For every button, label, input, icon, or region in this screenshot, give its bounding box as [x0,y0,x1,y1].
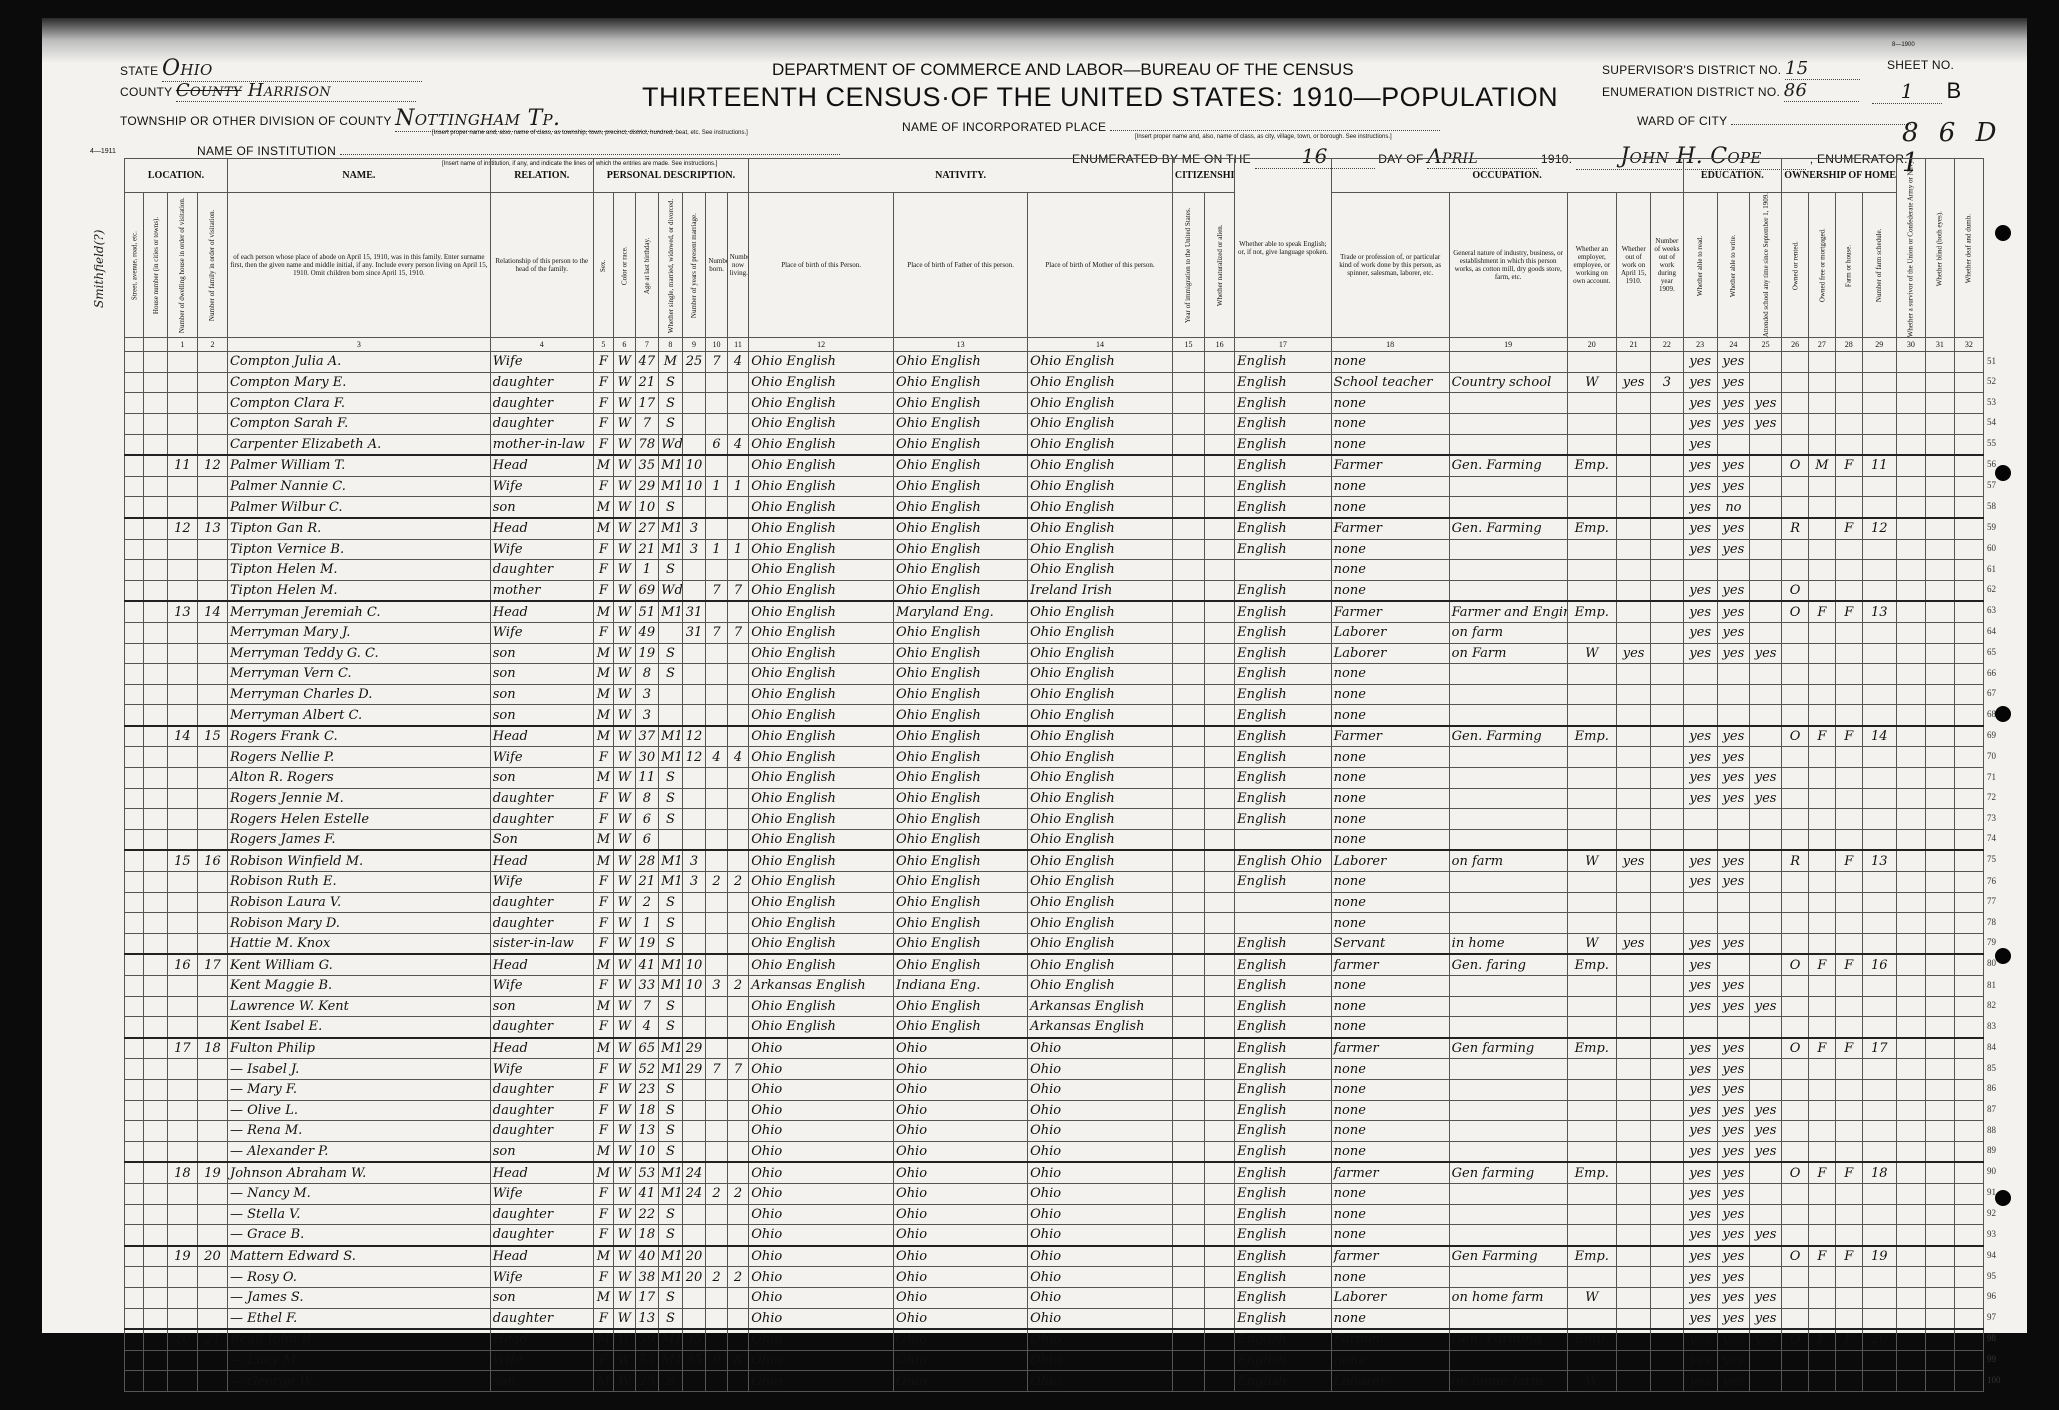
table-row: Rogers Helen EstelledaughterFW6SOhio Eng… [125,809,1984,830]
line-number: 88 [1987,1125,2017,1135]
cell-15 [1172,476,1204,497]
cell-farm [1835,1225,1862,1246]
cell-oow [1616,539,1650,560]
cell-lang: English [1235,1183,1332,1204]
cell-lang: English [1235,352,1332,373]
cell-dw [167,539,197,560]
cell-own: O [1782,455,1809,476]
cell-fpob: Ohio [894,1121,1028,1142]
cell-16 [1205,850,1235,871]
cell-mpob: Ohio [1028,1162,1173,1183]
cell-h [144,601,168,622]
cell-30 [1896,850,1925,871]
cell-31 [1925,434,1954,455]
cell-age: 2 [635,892,659,913]
cell-yrs [682,933,706,954]
cell-born [706,684,727,705]
cell-32 [1954,539,1983,560]
cell-sched [1862,1100,1896,1121]
cell-sched [1862,539,1896,560]
cell-farm: F [1835,954,1862,975]
cell-15 [1172,393,1204,414]
cell-yrs [682,393,706,414]
line-number: 65 [1987,647,2017,657]
col-18-header: Trade or profession of, or particular ki… [1331,193,1449,338]
cell-yrs: 3 [682,872,706,893]
cell-16 [1205,892,1235,913]
cell-lang: English [1235,705,1332,726]
cell-mpob: Ohio [1028,1287,1173,1308]
group-personal: PERSONAL DESCRIPTION. [593,159,749,193]
cell-15 [1172,622,1204,643]
cell-own [1782,768,1809,789]
cell-age: 22 [635,1204,659,1225]
cell-wks [1651,933,1683,954]
table-row: — Ethel F.daughterFW13SOhioOhioOhioEngli… [125,1308,1984,1329]
cell-31 [1925,809,1954,830]
column-number: 30 [1896,338,1925,352]
cell-pob: Ohio [749,1038,894,1059]
table-row: Compton Clara F.daughterFW17SOhio Englis… [125,393,1984,414]
cell-fam [197,1308,227,1329]
cell-30 [1896,747,1925,768]
cell-oow [1616,413,1650,434]
cell-sched [1862,560,1896,581]
column-number-row: 1234567891011121314151617181920212223242… [125,338,1984,352]
cell-sched [1862,1204,1896,1225]
cell-name: Robison Ruth E. [227,872,490,893]
cell-ind: on farm [1449,622,1567,643]
cell-lang: English [1235,393,1332,414]
cell-race: W [614,809,635,830]
cell-31 [1925,954,1954,975]
cell-sched [1862,1371,1896,1392]
cell-fam: 17 [197,954,227,975]
cell-wks [1651,850,1683,871]
cell-born [706,643,727,664]
cell-age: 23 [635,1079,659,1100]
cell-race: W [614,580,635,601]
cell-32 [1954,1287,1983,1308]
cell-h [144,996,168,1017]
cell-born [706,1225,727,1246]
line-number: 54 [1987,417,2017,427]
cell-oow [1616,434,1650,455]
cell-living [727,1121,748,1142]
cell-read: yes [1683,1329,1717,1350]
cell-emp [1567,996,1616,1017]
cell-race: W [614,1267,635,1288]
cell-dw [167,1287,197,1308]
cell-own [1782,1059,1809,1080]
cell-own: R [1782,518,1809,539]
cell-trade: none [1331,809,1449,830]
cell-born [706,1329,727,1350]
cell-farm [1835,705,1862,726]
line-number: 98 [1987,1333,2017,1343]
cell-pob: Ohio English [749,768,894,789]
cell-31 [1925,455,1954,476]
cell-born: 6 [706,434,727,455]
cell-h [144,1204,168,1225]
cell-sched [1862,1121,1896,1142]
cell-fpob: Ohio English [894,954,1028,975]
cell-rel: daughter [490,1079,593,1100]
cell-oow [1616,872,1650,893]
cell-16 [1205,1371,1235,1392]
cell-31 [1925,1371,1954,1392]
cell-own [1782,664,1809,685]
cell-yrs [682,372,706,393]
cell-s [125,809,144,830]
cell-farm [1835,643,1862,664]
cell-mpob: Ohio [1028,1371,1173,1392]
cell-mpob: Ohio [1028,1308,1173,1329]
cell-age: 11 [635,768,659,789]
cell-h [144,352,168,373]
cell-age: 41 [635,1183,659,1204]
cell-farm [1835,664,1862,685]
cell-wks [1651,455,1683,476]
cell-dw [167,476,197,497]
cell-own: O [1782,1246,1809,1267]
cell-15 [1172,788,1204,809]
cell-ms: M1 [659,747,683,768]
cell-31 [1925,539,1954,560]
cell-fpob: Ohio English [894,996,1028,1017]
cell-lang: English [1235,747,1332,768]
cell-living: 1 [727,476,748,497]
cell-15 [1172,1204,1204,1225]
cell-own [1782,976,1809,997]
line-number: 93 [1987,1229,2017,1239]
cell-16 [1205,580,1235,601]
cell-sch: yes [1750,1100,1782,1121]
cell-lang: English [1235,518,1332,539]
cell-age: 69 [635,580,659,601]
cell-born [706,933,727,954]
cell-yrs: 29 [682,1038,706,1059]
cell-h [144,1121,168,1142]
cell-31 [1925,1329,1954,1350]
cell-oow: yes [1616,850,1650,871]
cell-sched [1862,1141,1896,1162]
cell-farm [1835,788,1862,809]
cell-sex: M [593,705,613,726]
cell-age: 53 [635,1350,659,1371]
cell-sex: F [593,1350,613,1371]
cell-15 [1172,455,1204,476]
cell-ind [1449,1204,1567,1225]
cell-31 [1925,1350,1954,1371]
cell-mpob: Ohio English [1028,539,1173,560]
cell-trade: farmer [1331,1038,1449,1059]
table-row: — Stella V.daughterFW22SOhioOhioOhioEngl… [125,1204,1984,1225]
state-label: STATE [120,64,158,78]
cell-free [1809,560,1836,581]
cell-lang: English [1235,1246,1332,1267]
cell-ind: Country school [1449,372,1567,393]
cell-race: W [614,1246,635,1267]
table-row: — George W.sonMW25SOhioOhioOhioEnglishLa… [125,1371,1984,1392]
cell-free: F [1809,1246,1836,1267]
cell-sex: F [593,1183,613,1204]
cell-race: W [614,434,635,455]
cell-sex: M [593,996,613,1017]
cell-16 [1205,1038,1235,1059]
cell-free [1809,788,1836,809]
cell-s [125,1162,144,1183]
cell-pob: Ohio [749,1329,894,1350]
line-number: 59 [1987,522,2017,532]
cell-trade: none [1331,476,1449,497]
cell-s [125,705,144,726]
cell-sex: F [593,1267,613,1288]
cell-wks [1651,539,1683,560]
line-number: 99 [1987,1354,2017,1364]
cell-dw [167,580,197,601]
enumeration-district-field: ENUMERATION DISTRICT NO. 86 [1602,80,1859,102]
cell-emp [1567,1308,1616,1329]
cell-32 [1954,1100,1983,1121]
cell-15 [1172,643,1204,664]
cell-trade: Farmer [1331,1329,1449,1350]
cell-wks [1651,601,1683,622]
cell-oow [1616,1162,1650,1183]
cell-30 [1896,1059,1925,1080]
cell-15 [1172,913,1204,934]
cell-h [144,622,168,643]
cell-mpob: Ohio English [1028,560,1173,581]
cell-rel: son [490,705,593,726]
line-number: 97 [1987,1312,2017,1322]
cell-lang: English [1235,1267,1332,1288]
cell-30 [1896,1371,1925,1392]
cell-15 [1172,413,1204,434]
cell-free: F [1809,726,1836,747]
cell-yrs: 20 [682,1246,706,1267]
cell-ind [1449,747,1567,768]
cell-born [706,413,727,434]
cell-s [125,1059,144,1080]
col-22-header: Number of weeks out of work during year … [1651,193,1683,338]
cell-race: W [614,976,635,997]
cell-rel: Wife [490,976,593,997]
cell-yrs: 3 [682,539,706,560]
cell-fam [197,1204,227,1225]
cell-own [1782,684,1809,705]
cell-fpob: Ohio [894,1059,1028,1080]
table-row: 1213Tipton Gan R.HeadMW27M13Ohio English… [125,518,1984,539]
cell-pob: Ohio [749,1162,894,1183]
cell-sex: F [593,372,613,393]
margin-note: Smithfield(?) [92,230,106,308]
cell-sched [1862,872,1896,893]
cell-ind [1449,393,1567,414]
cell-rel: daughter [490,560,593,581]
cell-ind: Gen. Farming [1449,1329,1567,1350]
cell-lang: English [1235,768,1332,789]
col-30-header: Whether a survivor of the Union or Confe… [1896,159,1925,338]
table-row: Robison Mary D.daughterFW1SOhio EnglishO… [125,913,1984,934]
cell-32 [1954,809,1983,830]
cell-31 [1925,1183,1954,1204]
cell-mpob: Ireland Irish [1028,580,1173,601]
cell-31 [1925,726,1954,747]
cell-16 [1205,622,1235,643]
cell-name: Tipton Helen M. [227,580,490,601]
cell-16 [1205,1162,1235,1183]
line-number: 84 [1987,1042,2017,1052]
cell-born: 3 [706,976,727,997]
cell-dw [167,788,197,809]
cell-race: W [614,1017,635,1038]
cell-s [125,539,144,560]
cell-16 [1205,1121,1235,1142]
cell-32 [1954,1141,1983,1162]
cell-own [1782,372,1809,393]
cell-born [706,1246,727,1267]
cell-30 [1896,1267,1925,1288]
cell-trade: none [1331,352,1449,373]
cell-read: yes [1683,1162,1717,1183]
cell-sch [1750,1267,1782,1288]
cell-16 [1205,684,1235,705]
cell-ind [1449,1100,1567,1121]
cell-15 [1172,892,1204,913]
cell-read: yes [1683,622,1717,643]
cell-fpob: Ohio English [894,455,1028,476]
line-number: 69 [1987,730,2017,740]
cell-30 [1896,705,1925,726]
cell-dw [167,1225,197,1246]
cell-sch [1750,352,1782,373]
cell-pob: Ohio English [749,372,894,393]
binder-hole [1995,465,2011,481]
cell-yrs [682,413,706,434]
cell-farm [1835,892,1862,913]
cell-oow [1616,913,1650,934]
cell-ms: S [659,892,683,913]
col-29-header: Number of farm schedule. [1862,193,1896,338]
cell-name: Hattie M. Knox [227,933,490,954]
institution-value [340,154,840,155]
cell-sch [1750,913,1782,934]
cell-born [706,954,727,975]
table-row: 1819Johnson Abraham W.HeadMW53M124OhioOh… [125,1162,1984,1183]
cell-wks [1651,1308,1683,1329]
cell-yrs: 3 [682,518,706,539]
table-row: 1314Merryman Jeremiah C.HeadMW51M131Ohio… [125,601,1984,622]
cell-race: W [614,393,635,414]
cell-30 [1896,518,1925,539]
line-number: 86 [1987,1083,2017,1093]
cell-born: 1 [706,539,727,560]
table-row: — James S.sonMW17SOhioOhioOhioEnglishLab… [125,1287,1984,1308]
cell-sched [1862,996,1896,1017]
cell-name: — Rena M. [227,1121,490,1142]
cell-living [727,601,748,622]
census-rows: Compton Julia A.WifeFW47M2574Ohio Englis… [125,352,1984,1392]
cell-farm: F [1835,1246,1862,1267]
cell-age: 19 [635,643,659,664]
cell-race: W [614,1038,635,1059]
col-7-header: Age at last birthday. [635,193,659,338]
cell-born [706,892,727,913]
cell-fam [197,684,227,705]
cell-rel: sister-in-law [490,933,593,954]
cell-own [1782,892,1809,913]
cell-own [1782,1204,1809,1225]
cell-fam [197,413,227,434]
cell-name: — Alexander P. [227,1141,490,1162]
cell-age: 13 [635,1308,659,1329]
cell-fpob: Ohio English [894,497,1028,518]
cell-race: W [614,829,635,850]
cell-yrs [682,996,706,1017]
cell-race: W [614,1287,635,1308]
cell-farm [1835,352,1862,373]
cell-32 [1954,1371,1983,1392]
cell-oow [1616,518,1650,539]
column-number: 29 [1862,338,1896,352]
cell-living [727,850,748,871]
cell-pob: Ohio [749,1246,894,1267]
cell-ms [659,829,683,850]
cell-free [1809,809,1836,830]
cell-farm [1835,497,1862,518]
cell-pob: Ohio English [749,413,894,434]
cell-oow [1616,1329,1650,1350]
col-24-header: Whether able to write. [1717,193,1749,338]
cell-h [144,954,168,975]
cell-dw [167,497,197,518]
cell-16 [1205,747,1235,768]
cell-ind [1449,497,1567,518]
cell-32 [1954,768,1983,789]
cell-farm [1835,684,1862,705]
cell-ind [1449,768,1567,789]
cell-race: W [614,1183,635,1204]
cell-wks [1651,1121,1683,1142]
cell-pob: Ohio English [749,788,894,809]
cell-trade: none [1331,1017,1449,1038]
cell-sched [1862,1059,1896,1080]
cell-age: 18 [635,1225,659,1246]
cell-lang: English [1235,684,1332,705]
cell-31 [1925,829,1954,850]
cell-read: yes [1683,976,1717,997]
cell-31 [1925,518,1954,539]
cell-free [1809,1308,1836,1329]
cell-read [1683,913,1717,934]
cell-rel: mother-in-law [490,434,593,455]
cell-15 [1172,996,1204,1017]
cell-emp: W [1567,933,1616,954]
cell-yrs [682,580,706,601]
cell-yrs: 24 [682,1162,706,1183]
cell-yrs: 12 [682,747,706,768]
cell-lang: English [1235,1100,1332,1121]
cell-oow: yes [1616,643,1650,664]
cell-emp: Emp. [1567,954,1616,975]
cell-sch [1750,539,1782,560]
cell-s [125,768,144,789]
cell-ms: M1 [659,476,683,497]
incorporated-place-note: [Insert proper name and, also, name of c… [1135,134,1392,140]
cell-emp: W [1567,1287,1616,1308]
cell-fpob: Ohio English [894,372,1028,393]
